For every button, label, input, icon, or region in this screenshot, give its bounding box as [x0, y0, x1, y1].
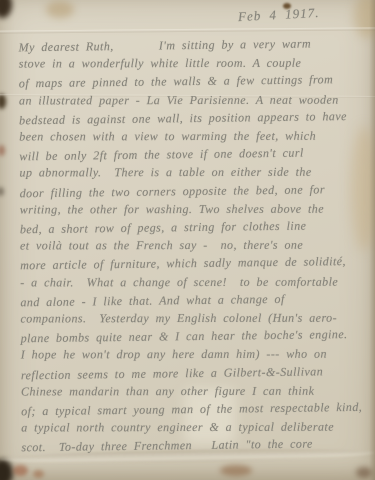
- letter-line: I hope he won't drop any here damn him) …: [21, 345, 374, 364]
- paper-crease-top: [0, 27, 375, 33]
- stain-top-left: [46, 1, 74, 18]
- stain-left-edge-2: [0, 145, 5, 156]
- stain-bottom-left-corner: [0, 459, 13, 480]
- stain-left-edge-1: [0, 94, 6, 109]
- letter-line: more article of furniture, which sadly m…: [20, 252, 373, 275]
- letter-body: My dearest Ruth, I'm sitting by a very w…: [19, 35, 375, 456]
- letter-line: scot. To-day three Frenchmen Latin "to t…: [21, 434, 374, 457]
- stain-rust-3: [220, 465, 252, 476]
- letter-line: up abnormally. There is a table on eithe…: [19, 163, 372, 182]
- stain-bottom-right: [356, 467, 372, 478]
- stain-top-right: [354, 0, 375, 38]
- stain-rust-2: [33, 470, 44, 478]
- letter-date: Feb 4 1917.: [238, 5, 320, 25]
- stain-top-left-corner: [0, 0, 12, 18]
- stain-left-edge-3: [0, 187, 4, 196]
- letter-line: of maps are pinned to the walls & a few …: [19, 70, 372, 93]
- stain-rust-1: [13, 465, 28, 476]
- letter-page: Feb 4 1917. My dearest Ruth, I'm sitting…: [0, 0, 375, 480]
